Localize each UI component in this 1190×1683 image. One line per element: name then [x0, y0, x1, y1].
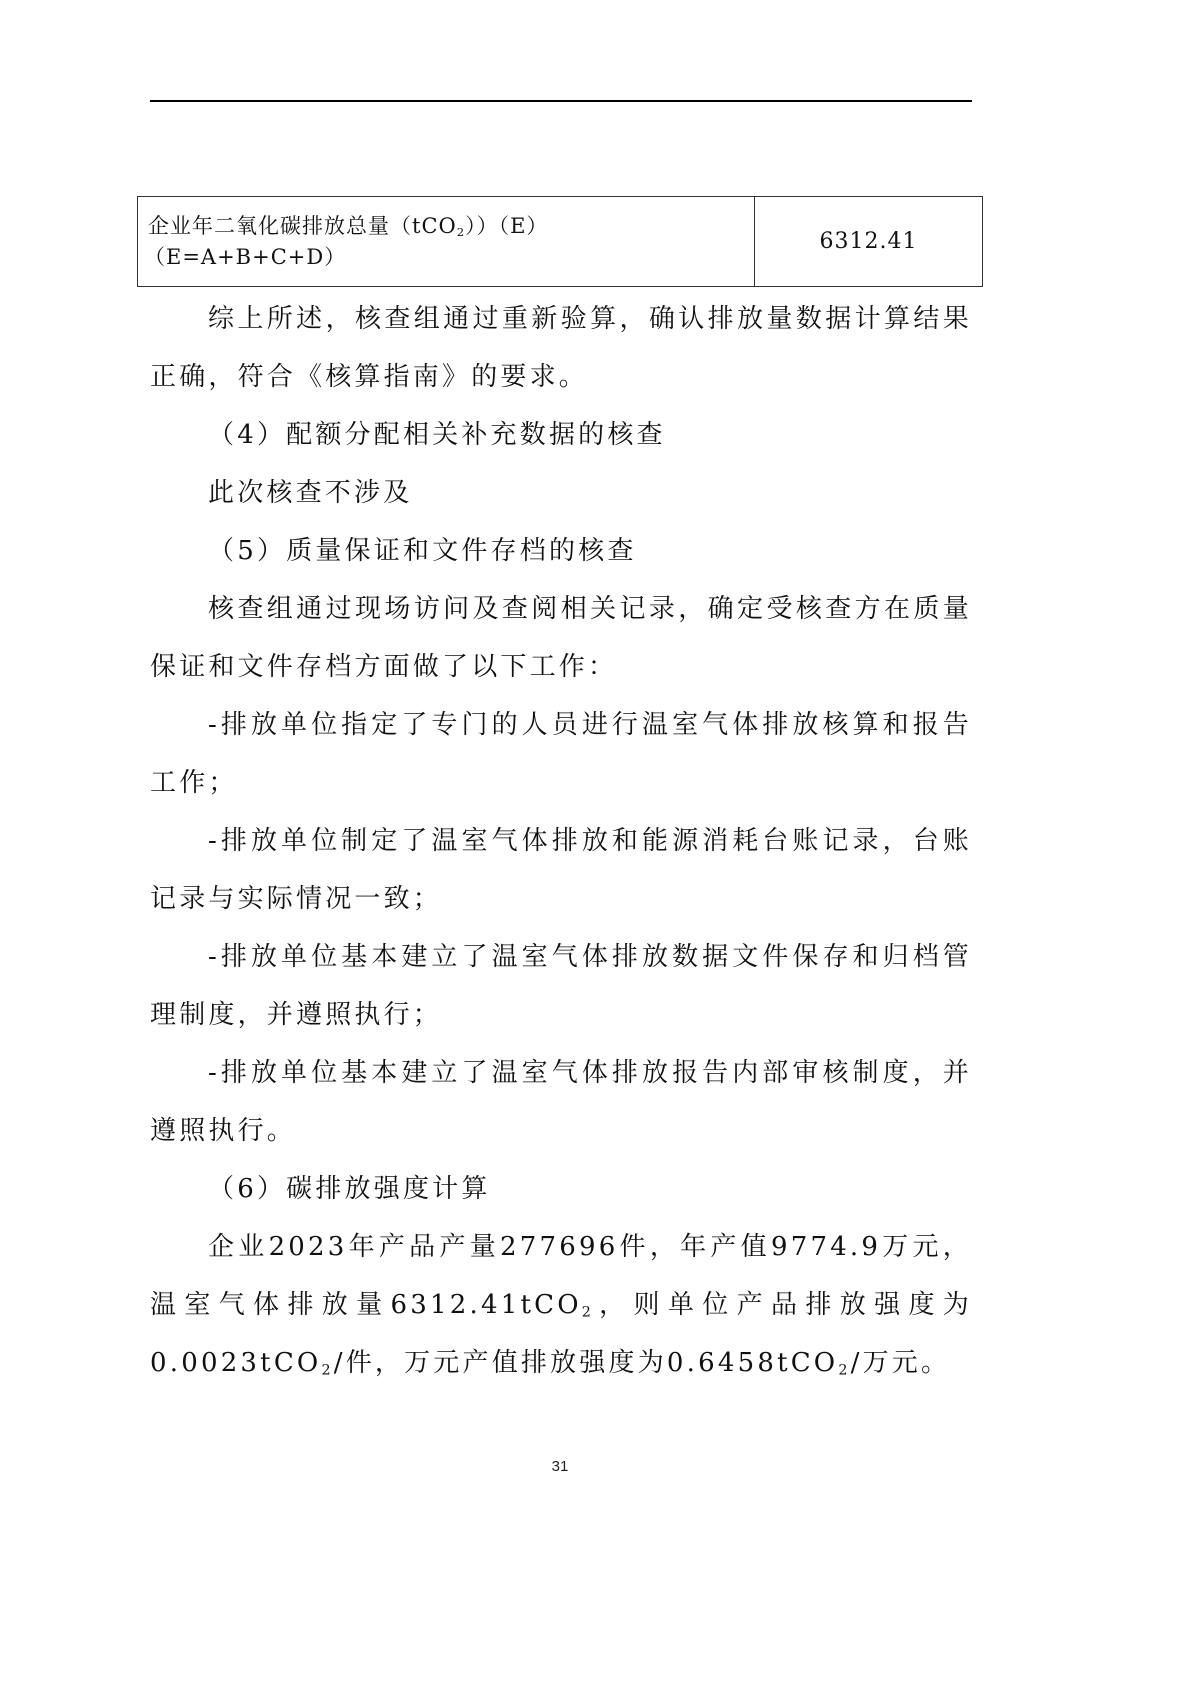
section-heading-6: （6）碳排放强度计算: [150, 1160, 972, 1218]
section-heading-4: （4）配额分配相关补充数据的核查: [150, 406, 972, 464]
table-cell-value: 6312.41: [755, 197, 983, 287]
header-rule: [150, 100, 972, 102]
paragraph-conclusion: 综上所述，核查组通过重新验算，确认排放量数据计算结果正确，符合《核算指南》的要求…: [150, 290, 972, 406]
bullet-item: -排放单位指定了专门的人员进行温室气体排放核算和报告工作；: [150, 696, 972, 812]
emissions-summary-table: 企业年二氧化碳排放总量（tCO2））（E）（E=A+B+C+D） 6312.41: [137, 196, 983, 287]
label-line2: （E=A+B+C+D）: [144, 242, 754, 273]
section-heading-5: （5）质量保证和文件存档的核查: [150, 522, 972, 580]
paragraph-not-applicable: 此次核查不涉及: [150, 464, 972, 522]
paragraph-qa-intro: 核查组通过现场访问及查阅相关记录，确定受核查方在质量保证和文件存档方面做了以下工…: [150, 580, 972, 696]
table-row: 企业年二氧化碳排放总量（tCO2））（E）（E=A+B+C+D） 6312.41: [138, 197, 983, 287]
bullet-item: -排放单位基本建立了温室气体排放数据文件保存和归档管理制度，并遵照执行；: [150, 928, 972, 1044]
bullet-item: -排放单位基本建立了温室气体排放报告内部审核制度，并遵照执行。: [150, 1044, 972, 1160]
paragraph-intensity: 企业2023年产品产量277696件，年产值9774.9万元，温室气体排放量63…: [150, 1218, 972, 1392]
table-cell-label: 企业年二氧化碳排放总量（tCO2））（E）（E=A+B+C+D）: [138, 197, 755, 287]
page-number: 31: [0, 1458, 1120, 1475]
bullet-item: -排放单位制定了温室气体排放和能源消耗台账记录，台账记录与实际情况一致；: [150, 812, 972, 928]
document-body: 综上所述，核查组通过重新验算，确认排放量数据计算结果正确，符合《核算指南》的要求…: [150, 290, 972, 1392]
label-line1: 企业年二氧化碳排放总量（tCO2））（E）: [148, 214, 548, 238]
